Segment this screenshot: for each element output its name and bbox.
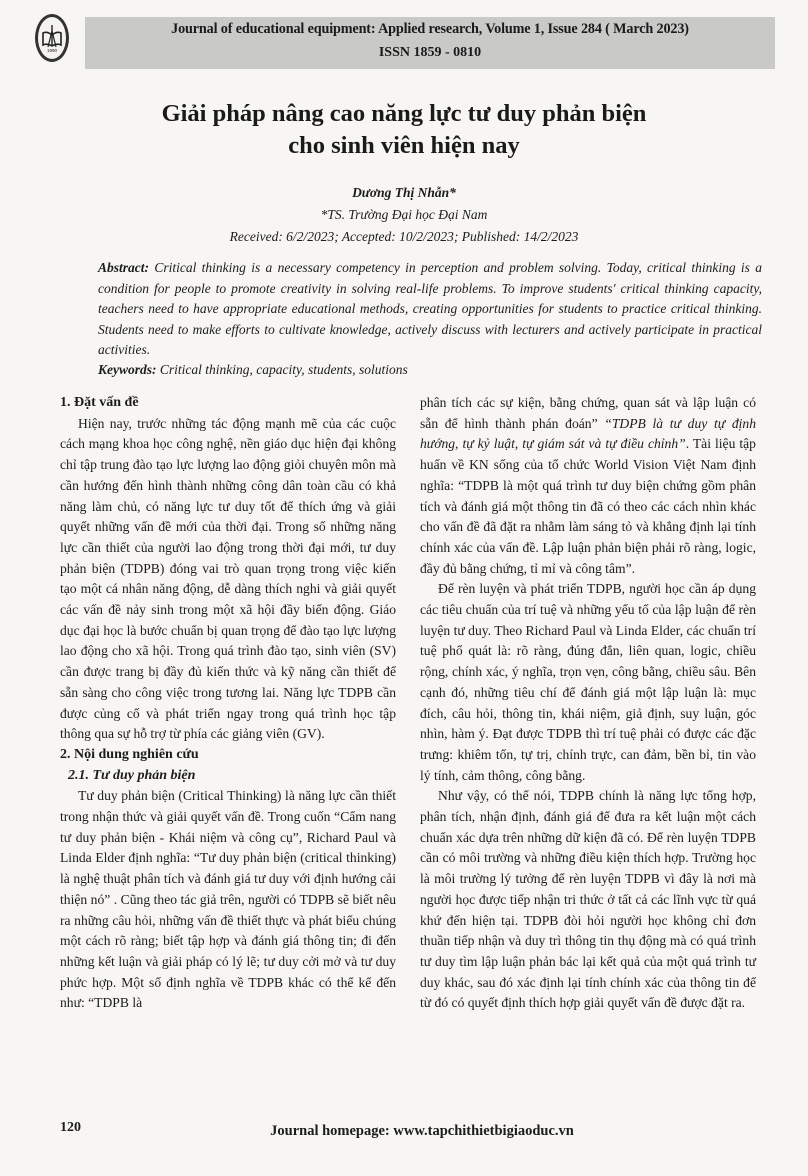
svg-text:1990: 1990 <box>47 48 58 53</box>
body-column-left: 1. Đặt vấn đề Hiện nay, trước những tác … <box>60 393 396 1014</box>
keywords-text: Critical thinking, capacity, students, s… <box>157 362 408 377</box>
journal-emblem-icon: 1990 <box>35 14 69 62</box>
definition-paragraph: phân tích các sự kiện, bằng chứng, quan … <box>420 393 756 579</box>
section-2-1-heading: 2.1. Tư duy phản biện <box>60 766 396 787</box>
book-compass-icon: 1990 <box>41 23 63 53</box>
header-band: Journal of educational equipment: Applie… <box>85 17 775 69</box>
section-2-1-paragraph: Tư duy phản biện (Critical Thinking) là … <box>60 786 396 1014</box>
issn: ISSN 1859 - 0810 <box>85 45 775 61</box>
author-affiliation: *TS. Trường Đại học Đại Nam <box>0 207 808 223</box>
journal-homepage: Journal homepage: www.tapchithietbigiaod… <box>0 1123 808 1140</box>
body-column-right: phân tích các sự kiện, bằng chứng, quan … <box>420 393 756 1014</box>
article-title: Giải pháp nâng cao năng lực tư duy phản … <box>0 98 808 162</box>
abstract: Abstract: Critical thinking is a necessa… <box>98 258 762 361</box>
keywords-label: Keywords: <box>98 362 157 377</box>
journal-header: 1990 Journal of educational equipment: A… <box>35 8 775 68</box>
section-2-heading: 2. Nội dung nghiên cứu <box>60 745 396 766</box>
publication-dates: Received: 6/2/2023; Accepted: 10/2/2023;… <box>0 229 808 245</box>
conclusion-paragraph: Như vậy, có thể nói, TDPB chính là năng … <box>420 786 756 1014</box>
abstract-label: Abstract: <box>98 260 149 275</box>
paragraph-text: . Tài liệu tập huấn về KN sống của tổ ch… <box>420 436 756 575</box>
title-line-2: cho sinh viên hiện nay <box>0 130 808 162</box>
section-1-paragraph: Hiện nay, trước những tác động mạnh mẽ c… <box>60 414 396 745</box>
title-line-1: Giải pháp nâng cao năng lực tư duy phản … <box>0 98 808 130</box>
author-name: Dương Thị Nhẫn* <box>0 185 808 201</box>
standards-paragraph: Để rèn luyện và phát triển TDPB, người h… <box>420 579 756 786</box>
abstract-text: Critical thinking is a necessary compete… <box>98 260 762 357</box>
journal-citation: Journal of educational equipment: Applie… <box>85 21 775 38</box>
section-1-heading: 1. Đặt vấn đề <box>60 393 396 414</box>
keywords: Keywords: Critical thinking, capacity, s… <box>98 362 762 378</box>
